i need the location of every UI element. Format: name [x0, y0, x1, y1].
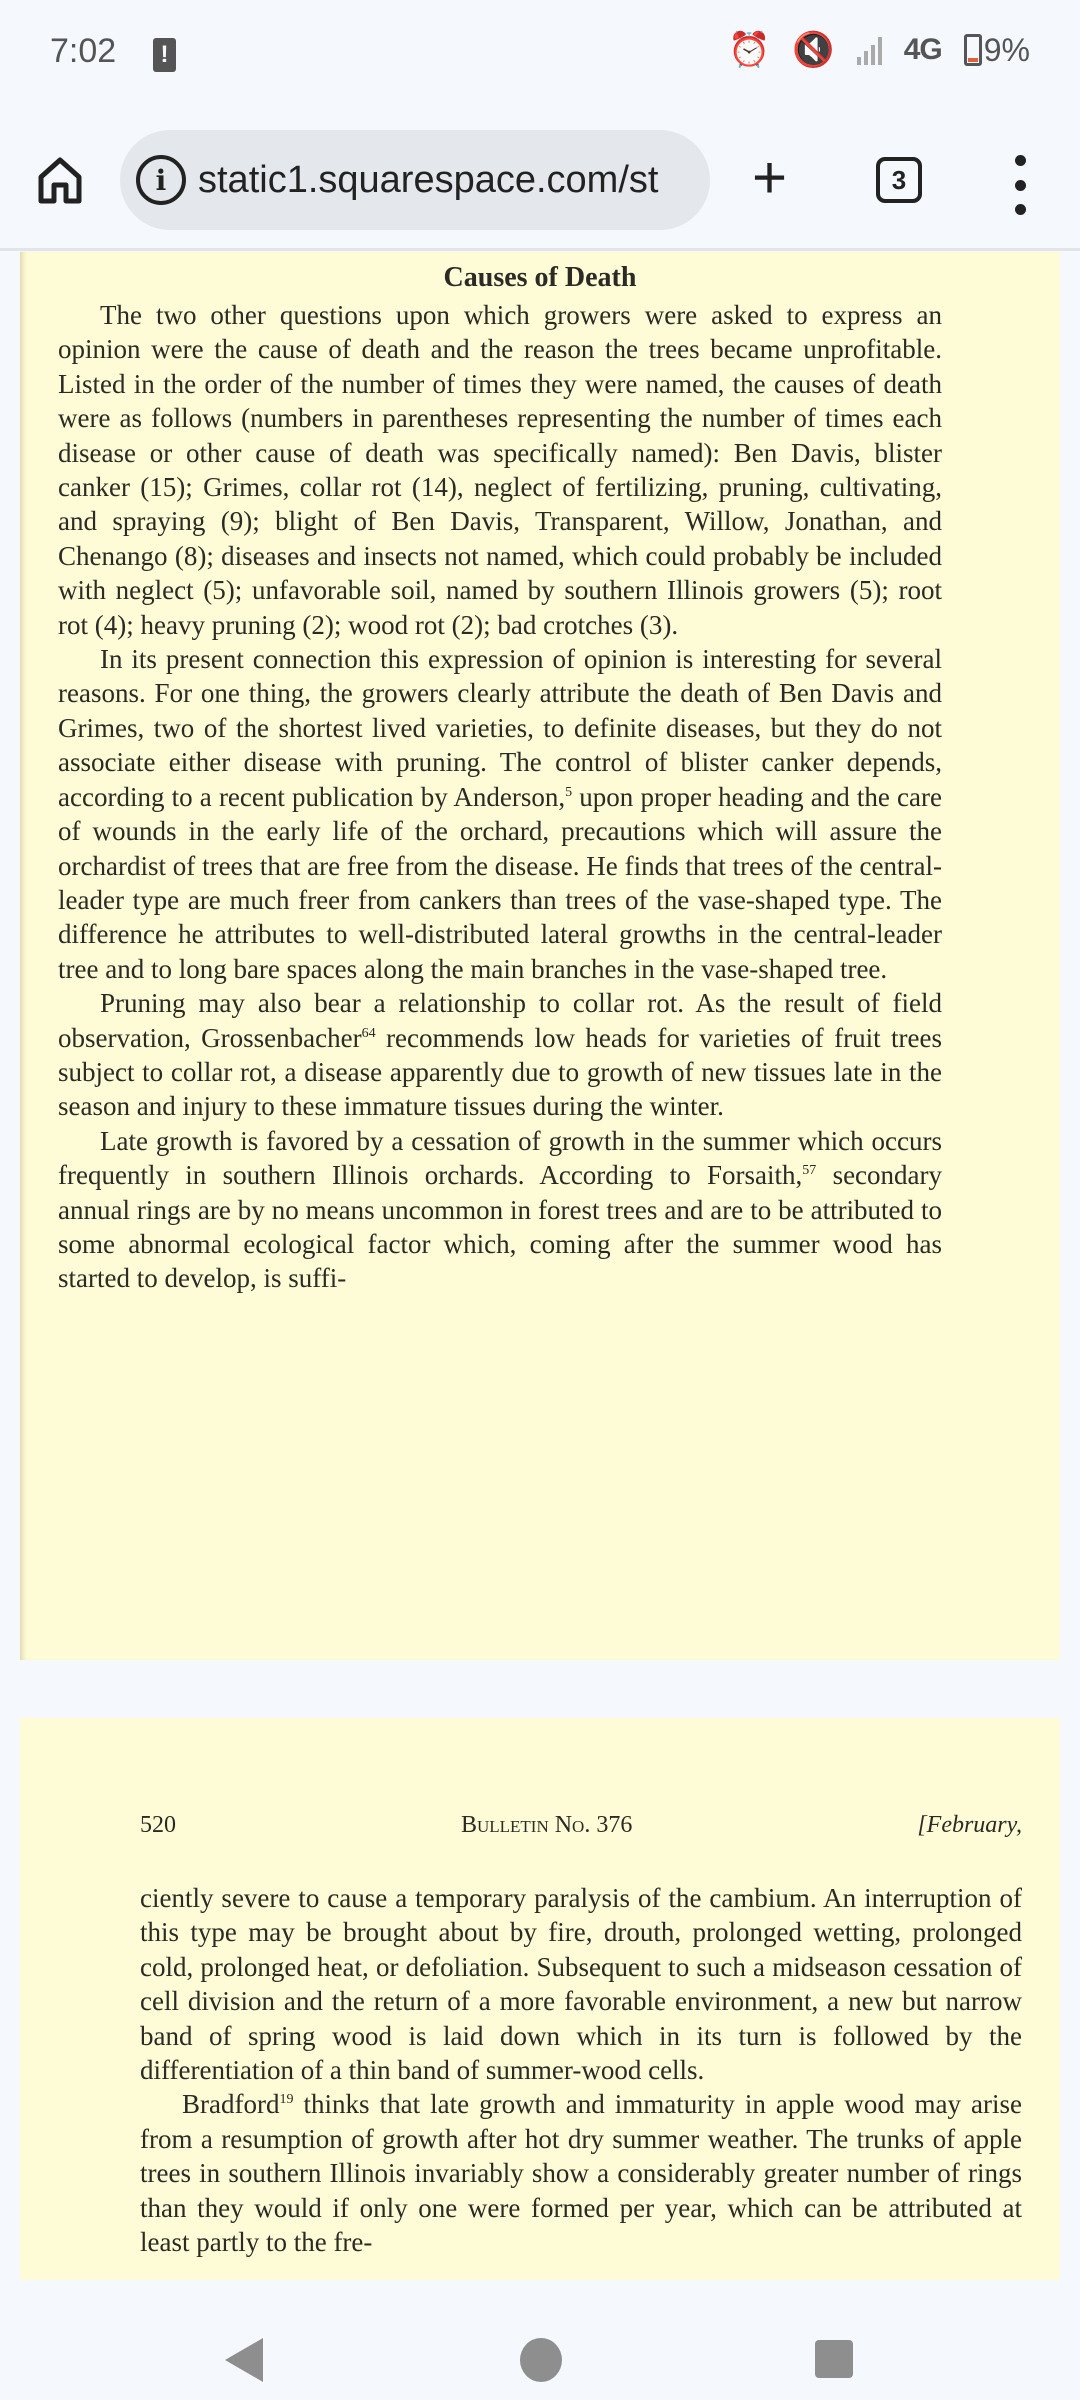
footnote-ref: 64	[362, 1026, 376, 1041]
alarm-icon: ⏰	[728, 30, 770, 70]
site-info-icon[interactable]: i	[136, 155, 186, 205]
more-menu-button[interactable]	[1010, 155, 1030, 215]
page-number: 520	[140, 1812, 176, 1839]
footnote-ref: 5	[565, 785, 572, 800]
bulletin-title: Bulletin No. 376	[461, 1812, 632, 1839]
footnote-ref: 19	[279, 2092, 293, 2107]
recents-icon[interactable]	[815, 2340, 853, 2378]
toolbar-divider	[0, 248, 1080, 251]
menu-dot	[1015, 204, 1026, 215]
home-button[interactable]	[35, 155, 85, 205]
paragraph: The two other questions upon which growe…	[58, 298, 942, 642]
address-bar[interactable]: i static1.squarespace.com/st	[120, 130, 710, 230]
tab-switcher-button[interactable]: 3	[876, 157, 922, 203]
paragraph: Late growth is favored by a cessation of…	[58, 1124, 942, 1296]
battery-indicator: 9%	[964, 32, 1030, 69]
status-bar: 7:02 ! ⏰ 🔇 4G 9%	[0, 0, 1080, 110]
back-icon[interactable]	[225, 2338, 263, 2382]
network-type: 4G	[904, 33, 942, 67]
paragraph: Pruning may also bear a relationship to …	[58, 986, 942, 1124]
menu-dot	[1015, 180, 1026, 191]
system-nav-bar	[0, 2280, 1080, 2400]
paragraph: In its present connection this expressio…	[58, 642, 942, 986]
url-text[interactable]: static1.squarespace.com/st	[198, 159, 698, 202]
footnote-ref: 57	[802, 1163, 816, 1178]
section-heading: Causes of Death	[20, 262, 1060, 294]
home-circle-icon[interactable]	[520, 2338, 562, 2382]
status-time: 7:02	[50, 32, 116, 71]
running-header: 520 Bulletin No. 376 [February,	[140, 1812, 1022, 1839]
document-page-520: 520 Bulletin No. 376 [February, ciently …	[20, 1718, 1060, 2280]
paragraph: ciently severe to cause a temporary para…	[140, 1881, 1022, 2087]
page-body: ciently severe to cause a temporary para…	[140, 1881, 1022, 2259]
battery-icon	[964, 34, 982, 66]
page-body: The two other questions upon which growe…	[58, 298, 942, 1296]
status-icons: ⏰ 🔇 4G 9%	[728, 30, 1030, 70]
mute-icon: 🔇	[792, 30, 834, 70]
paragraph: Bradford19 thinks that late growth and i…	[140, 2087, 1022, 2259]
browser-toolbar: i static1.squarespace.com/st + 3	[0, 125, 1080, 235]
battery-percent: 9%	[984, 32, 1030, 69]
home-icon	[35, 155, 85, 205]
bulletin-date: [February,	[917, 1812, 1022, 1839]
menu-dot	[1015, 155, 1026, 166]
document-page-519: Causes of Death The two other questions …	[20, 252, 1060, 1660]
alert-notification-icon: !	[153, 38, 176, 72]
new-tab-button[interactable]: +	[752, 153, 787, 203]
signal-icon	[857, 35, 882, 65]
